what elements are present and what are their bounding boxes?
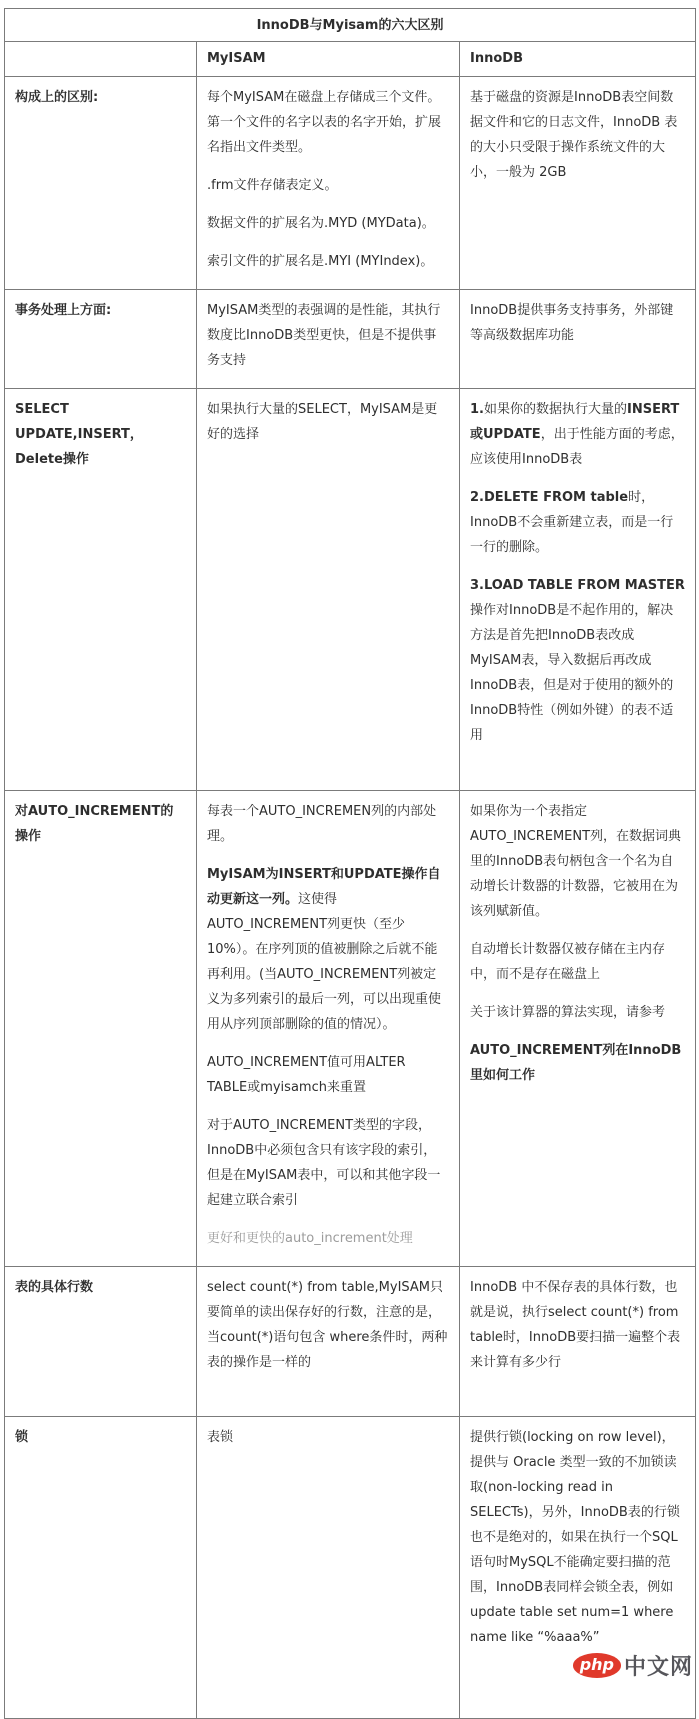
innodb-cell: 基于磁盘的资源是InnoDB表空间数据文件和它的日志文件，InnoDB 表的大小…	[460, 77, 696, 290]
paragraph: 1.如果你的数据执行大量的INSERT或UPDATE，出于性能方面的考虑，应该使…	[470, 397, 685, 472]
text-segment: InnoDB 中不保存表的具体行数，也就是说，执行select count(*)…	[470, 1280, 680, 1370]
paragraph: AUTO_INCREMENT列在InnoDB里如何工作	[470, 1038, 685, 1088]
text-segment: InnoDB提供事务支持事务，外部键等高级数据库功能	[470, 303, 673, 343]
text-segment: 关于该计算器的算法实现，请参考	[470, 1005, 665, 1020]
myisam-cell: MyISAM类型的表强调的是性能，其执行数度比InnoDB类型更快，但是不提供事…	[197, 290, 460, 389]
paragraph: InnoDB提供事务支持事务，外部键等高级数据库功能	[470, 298, 685, 348]
text-segment: 3.LOAD TABLE FROM MASTER	[470, 578, 685, 593]
text-segment: 1.	[470, 402, 484, 417]
paragraph: 每个MyISAM在磁盘上存储成三个文件。第一个文件的名字以表的名字开始，扩展名指…	[207, 85, 449, 160]
text-segment: 每个MyISAM在磁盘上存储成三个文件。第一个文件的名字以表的名字开始，扩展名指…	[207, 90, 441, 155]
site-logo: php 中文网	[573, 1650, 693, 1681]
header-innodb: InnoDB	[460, 42, 696, 77]
row-label: 构成上的区别:	[5, 77, 197, 290]
text-segment: 操作对InnoDB是不起作用的，解决方法是首先把InnoDB表改成MyISAM表…	[470, 603, 673, 743]
myisam-cell: 每表一个AUTO_INCREMEN列的内部处理。MyISAM为INSERT和UP…	[197, 791, 460, 1267]
text-segment: .frm文件存储表定义。	[207, 178, 338, 193]
paragraph: AUTO_INCREMENT值可用ALTER TABLE或myisamch来重置	[207, 1050, 449, 1100]
paragraph: 更好和更快的auto_increment处理	[207, 1226, 449, 1251]
text-segment: 如果执行大量的SELECT，MyISAM是更好的选择	[207, 402, 437, 442]
text-segment: 基于磁盘的资源是InnoDB表空间数据文件和它的日志文件，InnoDB 表的大小…	[470, 90, 677, 180]
table-row: 表的具体行数select count(*) from table,MyISAM只…	[5, 1267, 696, 1417]
row-label: 事务处理上方面:	[5, 290, 197, 389]
paragraph: 表锁	[207, 1425, 449, 1450]
paragraph: MyISAM为INSERT和UPDATE操作自动更新这一列。这使得AUTO_IN…	[207, 862, 449, 1037]
paragraph: 提供行锁(locking on row level)，提供与 Oracle 类型…	[470, 1425, 685, 1650]
table-row: 构成上的区别:每个MyISAM在磁盘上存储成三个文件。第一个文件的名字以表的名字…	[5, 77, 696, 290]
paragraph: 数据文件的扩展名为.MYD (MYData)。	[207, 211, 449, 236]
text-segment: AUTO_INCREMENT值可用ALTER TABLE或myisamch来重置	[207, 1055, 406, 1095]
table-row: 对AUTO_INCREMENT的操作每表一个AUTO_INCREMEN列的内部处…	[5, 791, 696, 1267]
text-segment: 更好和更快的auto_increment处理	[207, 1231, 413, 1246]
php-logo-badge-icon: php	[573, 1653, 621, 1678]
table-row: 事务处理上方面:MyISAM类型的表强调的是性能，其执行数度比InnoDB类型更…	[5, 290, 696, 389]
table-title: InnoDB与Myisam的六大区别	[5, 9, 696, 42]
row-label: 锁	[5, 1417, 197, 1719]
text-segment: 如果你的数据执行大量的	[484, 402, 627, 417]
text-segment: 对于AUTO_INCREMENT类型的字段，InnoDB中必须包含只有该字段的索…	[207, 1118, 440, 1208]
myisam-cell: 表锁	[197, 1417, 460, 1719]
paragraph: 每表一个AUTO_INCREMEN列的内部处理。	[207, 799, 449, 849]
row-label: 对AUTO_INCREMENT的操作	[5, 791, 197, 1267]
paragraph: MyISAM类型的表强调的是性能，其执行数度比InnoDB类型更快，但是不提供事…	[207, 298, 449, 373]
table-row: SELECT UPDATE,INSERT，Delete操作如果执行大量的SELE…	[5, 389, 696, 791]
comparison-table: InnoDB与Myisam的六大区别 MyISAM InnoDB 构成上的区别:…	[4, 8, 696, 1719]
php-logo-text: 中文网	[624, 1650, 693, 1681]
row-label: 表的具体行数	[5, 1267, 197, 1417]
innodb-cell: InnoDB提供事务支持事务，外部键等高级数据库功能	[460, 290, 696, 389]
myisam-cell: select count(*) from table,MyISAM只要简单的读出…	[197, 1267, 460, 1417]
paragraph: 自动增长计数器仅被存储在主内存中，而不是存在磁盘上	[470, 937, 685, 987]
paragraph: 2.DELETE FROM table时，InnoDB不会重新建立表，而是一行一…	[470, 485, 685, 560]
text-segment: 提供行锁(locking on row level)，提供与 Oracle 类型…	[470, 1430, 680, 1645]
paragraph: 3.LOAD TABLE FROM MASTER操作对InnoDB是不起作用的，…	[470, 573, 685, 748]
text-segment: 表锁	[207, 1430, 233, 1445]
paragraph: 对于AUTO_INCREMENT类型的字段，InnoDB中必须包含只有该字段的索…	[207, 1113, 449, 1213]
text-segment: MyISAM类型的表强调的是性能，其执行数度比InnoDB类型更快，但是不提供事…	[207, 303, 440, 368]
paragraph: 基于磁盘的资源是InnoDB表空间数据文件和它的日志文件，InnoDB 表的大小…	[470, 85, 685, 185]
myisam-cell: 每个MyISAM在磁盘上存储成三个文件。第一个文件的名字以表的名字开始，扩展名指…	[197, 77, 460, 290]
page: InnoDB与Myisam的六大区别 MyISAM InnoDB 构成上的区别:…	[0, 0, 699, 1719]
text-segment: 这使得AUTO_INCREMENT列更快（至少10%）。在序列顶的值被删除之后就…	[207, 892, 441, 1032]
paragraph: .frm文件存储表定义。	[207, 173, 449, 198]
text-segment: AUTO_INCREMENT列在InnoDB里如何工作	[470, 1043, 681, 1083]
header-myisam: MyISAM	[197, 42, 460, 77]
header-empty-cell	[5, 42, 197, 77]
paragraph: 如果执行大量的SELECT，MyISAM是更好的选择	[207, 397, 449, 447]
paragraph: 索引文件的扩展名是.MYI (MYIndex)。	[207, 249, 449, 274]
innodb-cell: InnoDB 中不保存表的具体行数，也就是说，执行select count(*)…	[460, 1267, 696, 1417]
table-header-row: MyISAM InnoDB	[5, 42, 696, 77]
paragraph: select count(*) from table,MyISAM只要简单的读出…	[207, 1275, 449, 1375]
text-segment: 每表一个AUTO_INCREMEN列的内部处理。	[207, 804, 436, 844]
paragraph: 关于该计算器的算法实现，请参考	[470, 1000, 685, 1025]
text-segment: 自动增长计数器仅被存储在主内存中，而不是存在磁盘上	[470, 942, 665, 982]
paragraph: InnoDB 中不保存表的具体行数，也就是说，执行select count(*)…	[470, 1275, 685, 1375]
innodb-cell: 1.如果你的数据执行大量的INSERT或UPDATE，出于性能方面的考虑，应该使…	[460, 389, 696, 791]
text-segment: 2.DELETE FROM table	[470, 490, 628, 505]
comparison-table-body: 构成上的区别:每个MyISAM在磁盘上存储成三个文件。第一个文件的名字以表的名字…	[5, 77, 696, 1719]
text-segment: 如果你为一个表指定AUTO_INCREMENT列，在数据词典里的InnoDB表句…	[470, 804, 681, 919]
row-label: SELECT UPDATE,INSERT，Delete操作	[5, 389, 197, 791]
myisam-cell: 如果执行大量的SELECT，MyISAM是更好的选择	[197, 389, 460, 791]
text-segment: 索引文件的扩展名是.MYI (MYIndex)。	[207, 254, 433, 269]
innodb-cell: 如果你为一个表指定AUTO_INCREMENT列，在数据词典里的InnoDB表句…	[460, 791, 696, 1267]
paragraph: 如果你为一个表指定AUTO_INCREMENT列，在数据词典里的InnoDB表句…	[470, 799, 685, 924]
text-segment: 数据文件的扩展名为.MYD (MYData)。	[207, 216, 435, 231]
text-segment: select count(*) from table,MyISAM只要简单的读出…	[207, 1280, 447, 1370]
table-title-row: InnoDB与Myisam的六大区别	[5, 9, 696, 42]
